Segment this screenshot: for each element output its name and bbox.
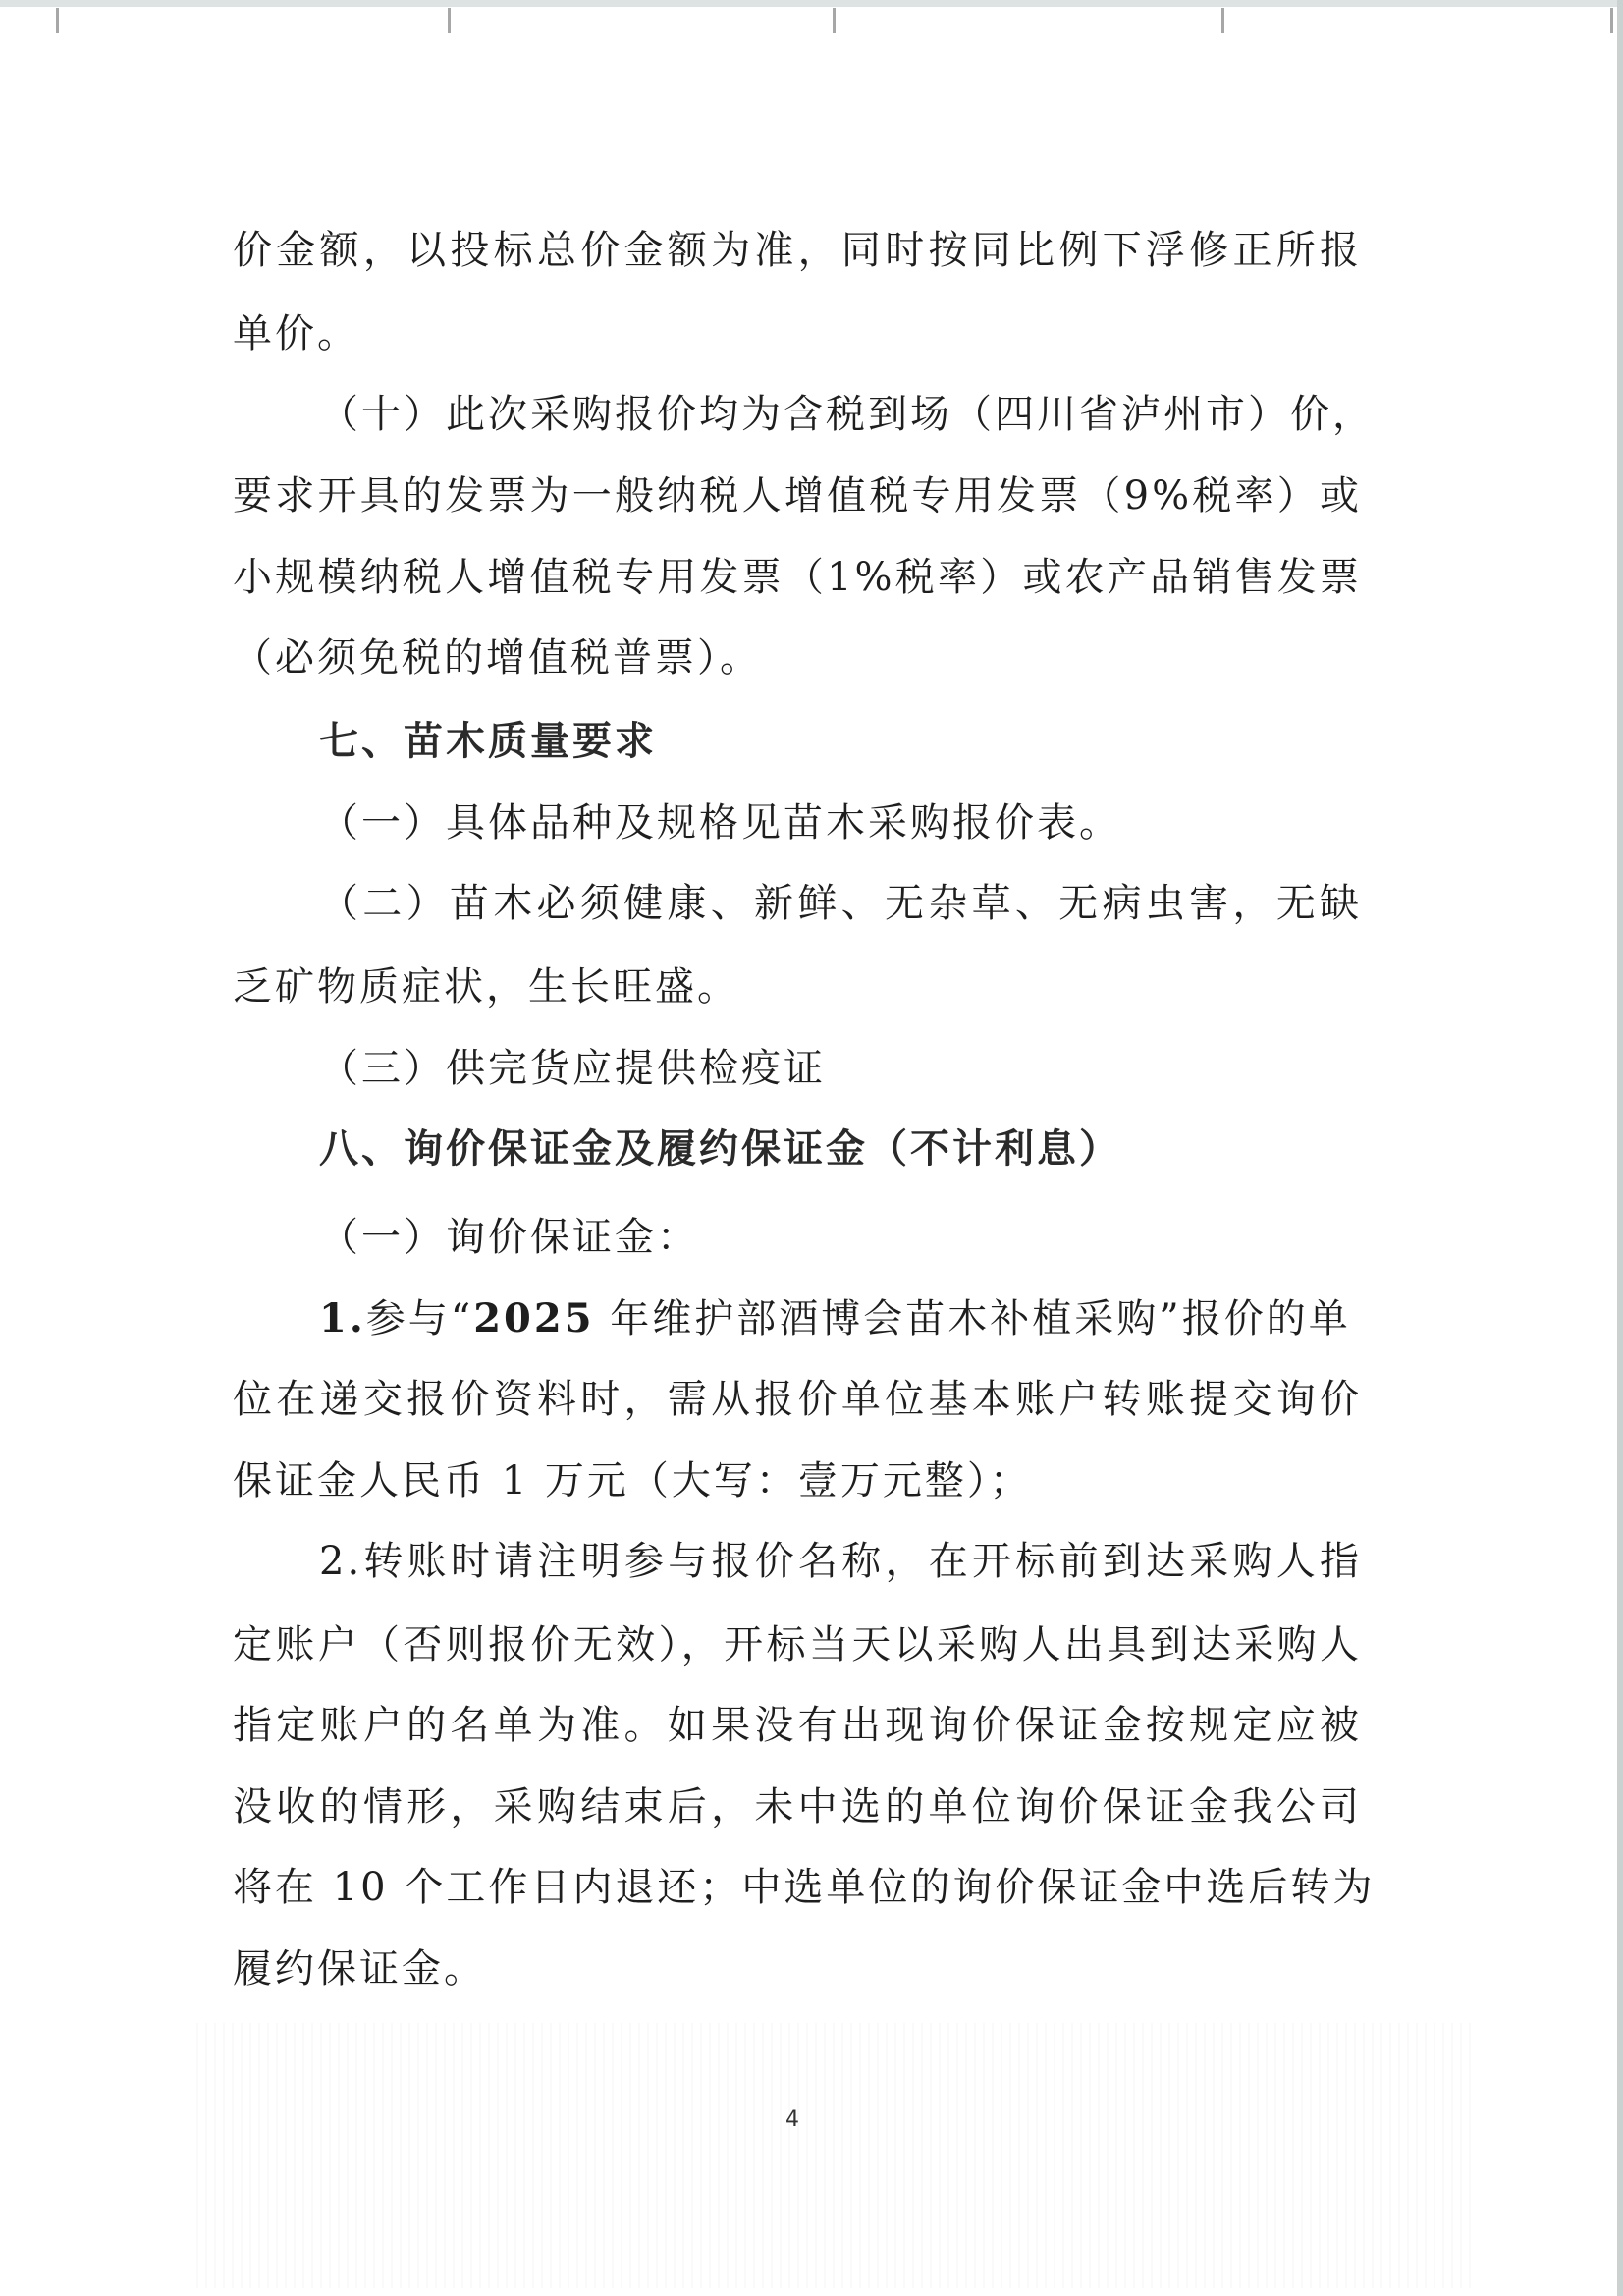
scan-top-edge — [0, 0, 1623, 7]
clause-10-line: 小规模纳税人增值税专用发票（1%税率）或农产品销售发票 — [233, 548, 1362, 607]
item-text: 参与“ — [366, 1296, 473, 1341]
deposit-item-2: 定账户（否则报价无效），开标当天以采购人出具到达采购人 — [233, 1615, 1362, 1674]
page-number: 4 — [785, 2107, 799, 2132]
binding-mark — [448, 8, 451, 33]
deposit-item-2: 指定账户的名单为准。如果没有出现询价保证金按规定应被 — [233, 1696, 1362, 1755]
clause-10-line: 要求开具的发票为一般纳税人增值税专用发票（9%税率）或 — [233, 466, 1362, 525]
deposit-item-2: 2.转账时请注明参与报价名称，在开标前到达采购人指 — [319, 1532, 1362, 1591]
clause-10-line: （十）此次采购报价均为含税到场（四川省泸州市）价， — [319, 385, 1362, 444]
paragraph-line: 单价。 — [233, 304, 1362, 363]
deposit-item-1: 1.参与“2025 年维护部酒博会苗木补植采购”报价的单 — [319, 1289, 1362, 1348]
scan-noise — [196, 2023, 1473, 2288]
year-value: 2025 — [473, 1295, 594, 1341]
binding-mark — [56, 8, 59, 33]
section-7-item-1: （一）具体品种及规格见苗木采购报价表。 — [319, 793, 1362, 852]
deposit-item-1: 位在递交报价资料时，需从报价单位基本账户转账提交询价 — [233, 1370, 1362, 1429]
section-8-item-1: （一）询价保证金： — [319, 1208, 1362, 1267]
deposit-item-1: 保证金人民币 1 万元（大写：壹万元整）； — [233, 1451, 1362, 1510]
item-text: 年维护部酒博会苗木补植采购”报价的单 — [595, 1296, 1351, 1341]
item-number: 1. — [319, 1295, 366, 1341]
section-7-item-2: （二）苗木必须健康、新鲜、无杂草、无病虫害，无缺 — [319, 874, 1362, 933]
section-heading-7: 七、苗木质量要求 — [319, 712, 1362, 771]
section-7-item-2: 乏矿物质症状，生长旺盛。 — [233, 957, 1362, 1016]
clause-10-line: （必须免税的增值税普票）。 — [233, 629, 1362, 687]
deposit-item-2: 没收的情形，采购结束后，未中选的单位询价保证金我公司 — [233, 1777, 1362, 1836]
binding-mark — [833, 8, 836, 33]
binding-mark — [1221, 8, 1224, 33]
section-7-item-3: （三）供完货应提供检疫证 — [319, 1039, 1362, 1098]
deposit-item-2: 将在 10 个工作日内退还；中选单位的询价保证金中选后转为 — [233, 1858, 1362, 1917]
scan-right-edge — [1617, 0, 1623, 2296]
section-heading-8: 八、询价保证金及履约保证金（不计利息） — [319, 1120, 1362, 1178]
deposit-item-2: 履约保证金。 — [233, 1940, 1362, 1998]
paragraph-line: 价金额，以投标总价金额为准，同时按同比例下浮修正所报 — [233, 221, 1362, 280]
binding-mark — [1610, 8, 1613, 33]
